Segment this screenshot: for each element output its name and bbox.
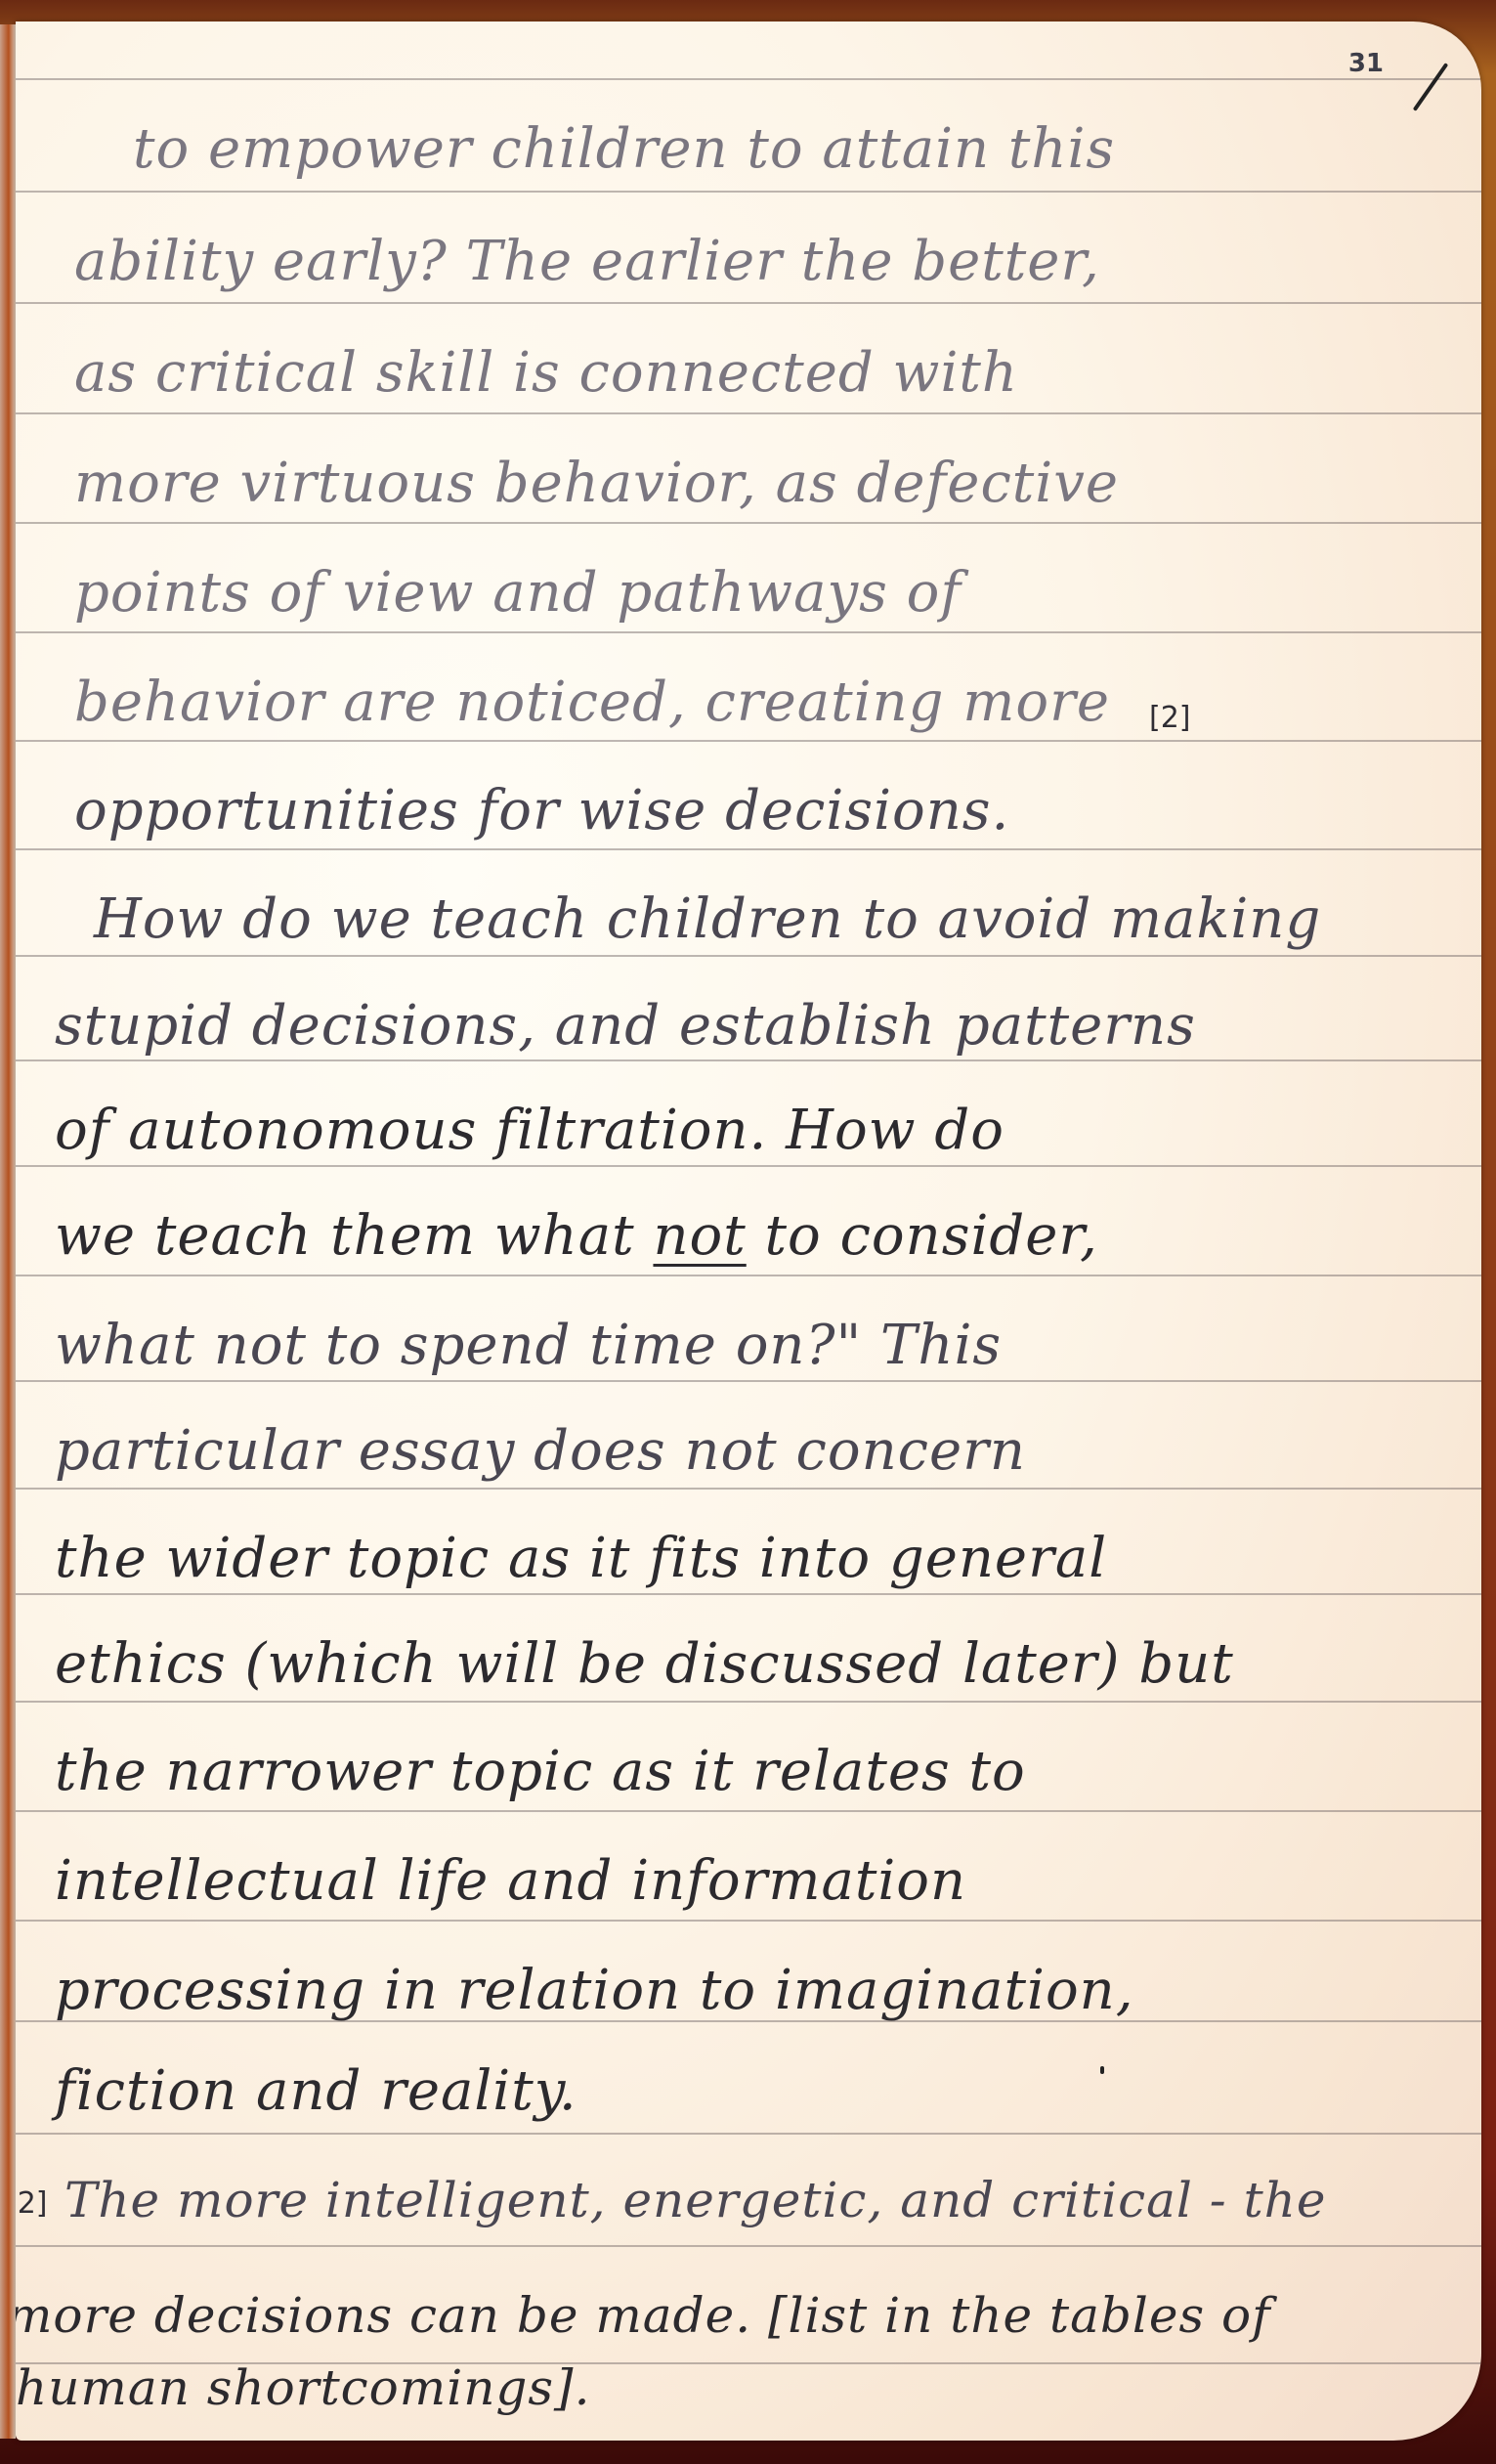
ruled-line bbox=[16, 1593, 1481, 1595]
footnote-line: human shortcomings]. bbox=[16, 2359, 590, 2416]
footnote-marker: [2] bbox=[16, 2186, 48, 2221]
text-line: particular essay does not concern bbox=[55, 1419, 1026, 1483]
pencil-dot bbox=[1100, 2066, 1104, 2074]
footnote-line: more decisions can be made. [list in the… bbox=[16, 2287, 1271, 2344]
text-line: ability early? The earlier the better, bbox=[74, 230, 1100, 293]
text-line: what not to spend time on?" This bbox=[55, 1314, 1002, 1377]
ruled-line bbox=[16, 412, 1481, 414]
text-line: processing in relation to imagination, bbox=[55, 1959, 1134, 2022]
text-line: intellectual life and information bbox=[55, 1849, 966, 1913]
text-line: more virtuous behavior, as defective bbox=[74, 452, 1119, 515]
footnote-line: The more intelligent, energetic, and cri… bbox=[64, 2172, 1326, 2228]
ruled-line bbox=[16, 1810, 1481, 1812]
text-segment: we teach them what bbox=[55, 1204, 653, 1268]
ruled-line bbox=[16, 191, 1481, 193]
ruled-line bbox=[16, 1165, 1481, 1167]
notebook-binding-edge bbox=[0, 24, 16, 2439]
ruled-line bbox=[16, 1920, 1481, 1922]
ruled-line bbox=[16, 740, 1481, 742]
text-line: stupid decisions, and establish patterns bbox=[55, 994, 1196, 1058]
text-line: of autonomous filtration. How do bbox=[55, 1099, 1004, 1162]
corner-slash-mark bbox=[1413, 63, 1449, 111]
text-line: fiction and reality. bbox=[55, 2059, 577, 2123]
ruled-line bbox=[16, 302, 1481, 304]
footnote-reference: [2] bbox=[1149, 701, 1191, 735]
ruled-line bbox=[16, 78, 1481, 80]
text-line: ethics (which will be discussed later) b… bbox=[55, 1632, 1234, 1696]
notebook-page: 31 to empower children to attain this ab… bbox=[16, 22, 1481, 2441]
text-line: How do we teach children to avoid making bbox=[94, 887, 1321, 951]
ruled-line bbox=[16, 1488, 1481, 1490]
ruled-line bbox=[16, 631, 1481, 633]
ruled-line bbox=[16, 2245, 1481, 2247]
text-line: as critical skill is connected with bbox=[74, 341, 1018, 405]
ruled-line bbox=[16, 955, 1481, 957]
text-line: opportunities for wise decisions. bbox=[74, 779, 1009, 843]
text-line: the wider topic as it fits into general bbox=[55, 1527, 1107, 1590]
text-line-emphasis: we teach them what not to consider, bbox=[55, 1204, 1098, 1268]
ruled-line bbox=[16, 1275, 1481, 1276]
text-line: points of view and pathways of bbox=[74, 561, 962, 625]
ruled-line bbox=[16, 1701, 1481, 1703]
text-line: to empower children to attain this bbox=[133, 117, 1115, 181]
text-line: the narrower topic as it relates to bbox=[55, 1740, 1026, 1803]
ruled-line bbox=[16, 2133, 1481, 2135]
ruled-line bbox=[16, 1380, 1481, 1382]
text-segment: to consider, bbox=[747, 1204, 1098, 1268]
ruled-line bbox=[16, 1059, 1481, 1061]
text-line: behavior are noticed, creating more bbox=[74, 670, 1110, 734]
ruled-line bbox=[16, 848, 1481, 850]
ruled-line bbox=[16, 522, 1481, 524]
page-number: 31 bbox=[1348, 49, 1384, 78]
underlined-word: not bbox=[653, 1204, 746, 1268]
